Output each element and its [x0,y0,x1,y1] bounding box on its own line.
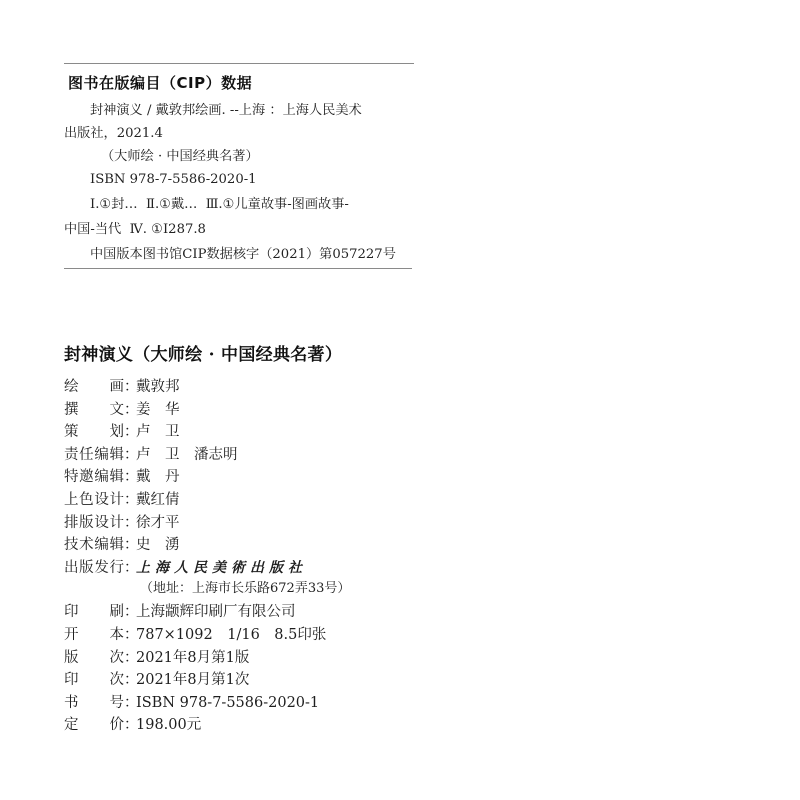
credit-row-planner: 策 划 ： 卢 卫 [64,421,464,444]
credit-label: 出 版 发 行 [64,557,124,580]
label-char: 术 [79,534,94,557]
label-char: 刷 [110,601,125,624]
colon: ： [124,557,136,580]
spec-label: 书 号 [64,692,124,715]
credit-value: 徐才平 [136,512,180,535]
credit-row-publisher: 出 版 发 行 ： 上海人民美術出版社 [64,557,464,580]
credit-row-colorist: 上 色 设 计 ： 戴红倩 [64,489,464,512]
label-char: 画 [110,376,125,399]
colon: ： [124,714,136,737]
label-char: 版 [64,647,79,670]
spec-label: 开 本 [64,624,124,647]
credit-value: 戴红倩 [136,489,180,512]
label-char: 定 [64,714,79,737]
colon: ： [124,601,136,624]
credit-value: 卢 卫 [136,421,180,444]
spec-row-isbn: 书 号 ： ISBN 978-7-5586-2020-1 [64,692,464,715]
credit-row-writer: 撰 文 ： 姜 华 [64,399,464,422]
label-char: 价 [110,714,125,737]
label-char: 策 [64,421,79,444]
spec-row-price: 定 价 ： 198.00元 [64,714,464,737]
label-char: 任 [79,444,94,467]
cip-classification-line-2: 中国-当代 Ⅳ. ①I287.8 [64,221,414,238]
label-char: 辑 [109,466,124,489]
label-char: 编 [94,466,109,489]
credit-label: 责 任 编 辑 [64,444,124,467]
credit-value: 戴敦邦 [136,376,180,399]
spec-label: 版 次 [64,647,124,670]
label-char: 行 [109,557,124,580]
credit-label: 策 划 [64,421,124,444]
credit-row-technical-editor: 技 术 编 辑 ： 史 湧 [64,534,464,557]
credit-label: 上 色 设 计 [64,489,124,512]
spec-value: 2021年8月第1版 [136,647,249,670]
colon: ： [124,534,136,557]
credit-row-illustrator: 绘 画 ： 戴敦邦 [64,376,464,399]
label-char: 编 [94,444,109,467]
label-char: 计 [109,489,124,512]
credit-row-layout-designer: 排 版 设 计 ： 徐才平 [64,512,464,535]
label-char: 开 [64,624,79,647]
label-char: 辑 [109,534,124,557]
colon: ： [124,669,136,692]
label-char: 本 [110,624,125,647]
spec-value: 上海颛辉印刷厂有限公司 [136,601,296,624]
label-char: 邀 [79,466,94,489]
cip-classification-line-1: Ⅰ.①封… Ⅱ.①戴… Ⅲ.①儿童故事-图画故事- [64,196,414,213]
label-char: 划 [110,421,125,444]
cip-data-block: 图书在版编目（CIP）数据 封神演义 / 戴敦邦绘画. --上海 ：上海人民美术… [64,63,414,269]
spec-label: 印 次 [64,669,124,692]
label-char: 印 [64,669,79,692]
credit-value: 戴 丹 [136,466,180,489]
colon: ： [124,444,136,467]
colon: ： [124,647,136,670]
book-title: 封神演义（大师绘 · 中国经典名著） [64,340,342,365]
spec-label: 印 刷 [64,601,124,624]
spec-row-format: 开 本 ： 787×1092 1/16 8.5印张 [64,624,464,647]
colon: ： [124,512,136,535]
credit-value: 史 湧 [136,534,180,557]
label-char: 次 [110,669,125,692]
spec-value: 787×1092 1/16 8.5印张 [136,624,326,647]
credit-row-editor-in-charge: 责 任 编 辑 ： 卢 卫 潘志明 [64,444,464,467]
label-char: 排 [64,512,79,535]
credit-label: 技 术 编 辑 [64,534,124,557]
label-char: 责 [64,444,79,467]
spec-row-printer: 印 刷 ： 上海颛辉印刷厂有限公司 [64,601,464,624]
label-char: 辑 [109,444,124,467]
credit-label: 排 版 设 计 [64,512,124,535]
label-char: 撰 [64,399,79,422]
label-char: 文 [110,399,125,422]
spec-label: 定 价 [64,714,124,737]
label-char: 次 [110,647,125,670]
cip-heading: 图书在版编目（CIP）数据 [68,72,414,96]
label-char: 技 [64,534,79,557]
label-char: 特 [64,466,79,489]
colon: ： [124,399,136,422]
label-char: 编 [94,534,109,557]
credit-value: 卢 卫 潘志明 [136,444,238,467]
colon: ： [124,489,136,512]
colon: ： [124,376,136,399]
label-char: 发 [94,557,109,580]
cip-title-line-1: 封神演义 / 戴敦邦绘画. --上海 ：上海人民美术 [64,102,414,119]
label-char: 计 [109,512,124,535]
top-divider [64,63,414,64]
colon: ： [124,692,136,715]
publisher-address: （地址：上海市长乐路672弄33号） [64,579,464,601]
label-char: 设 [94,512,109,535]
spec-value: 2021年8月第1次 [136,669,249,692]
spec-row-edition: 版 次 ： 2021年8月第1版 [64,647,464,670]
publisher-logo-text: 上海人民美術出版社 [136,557,307,580]
credits-list: 绘 画 ： 戴敦邦 撰 文 ： 姜 华 策 划 ： 卢 卫 责 任 编 辑 ： … [64,376,464,737]
credit-value: 姜 华 [136,399,180,422]
credit-label: 撰 文 [64,399,124,422]
cip-record-number: 中国版本图书馆CIP数据核字（2021）第057227号 [64,246,414,263]
credit-label: 绘 画 [64,376,124,399]
cip-isbn: ISBN 978-7-5586-2020-1 [64,171,414,188]
label-char: 上 [64,489,79,512]
colon: ： [124,624,136,647]
spec-value: 198.00元 [136,714,201,737]
label-char: 书 [64,692,79,715]
spec-row-printing: 印 次 ： 2021年8月第1次 [64,669,464,692]
label-char: 出 [64,557,79,580]
colon: ： [124,421,136,444]
credit-row-guest-editor: 特 邀 编 辑 ： 戴 丹 [64,466,464,489]
label-char: 印 [64,601,79,624]
bottom-divider [64,268,412,269]
credit-label: 特 邀 编 辑 [64,466,124,489]
label-char: 色 [79,489,94,512]
colon: ： [124,466,136,489]
cip-series: （大师绘 · 中国经典名著） [64,148,414,165]
label-char: 版 [79,512,94,535]
cip-title-line-2: 出版社，2021.4 [64,125,414,142]
label-char: 绘 [64,376,79,399]
spec-value: ISBN 978-7-5586-2020-1 [136,692,319,715]
label-char: 号 [110,692,125,715]
label-char: 版 [79,557,94,580]
label-char: 设 [94,489,109,512]
